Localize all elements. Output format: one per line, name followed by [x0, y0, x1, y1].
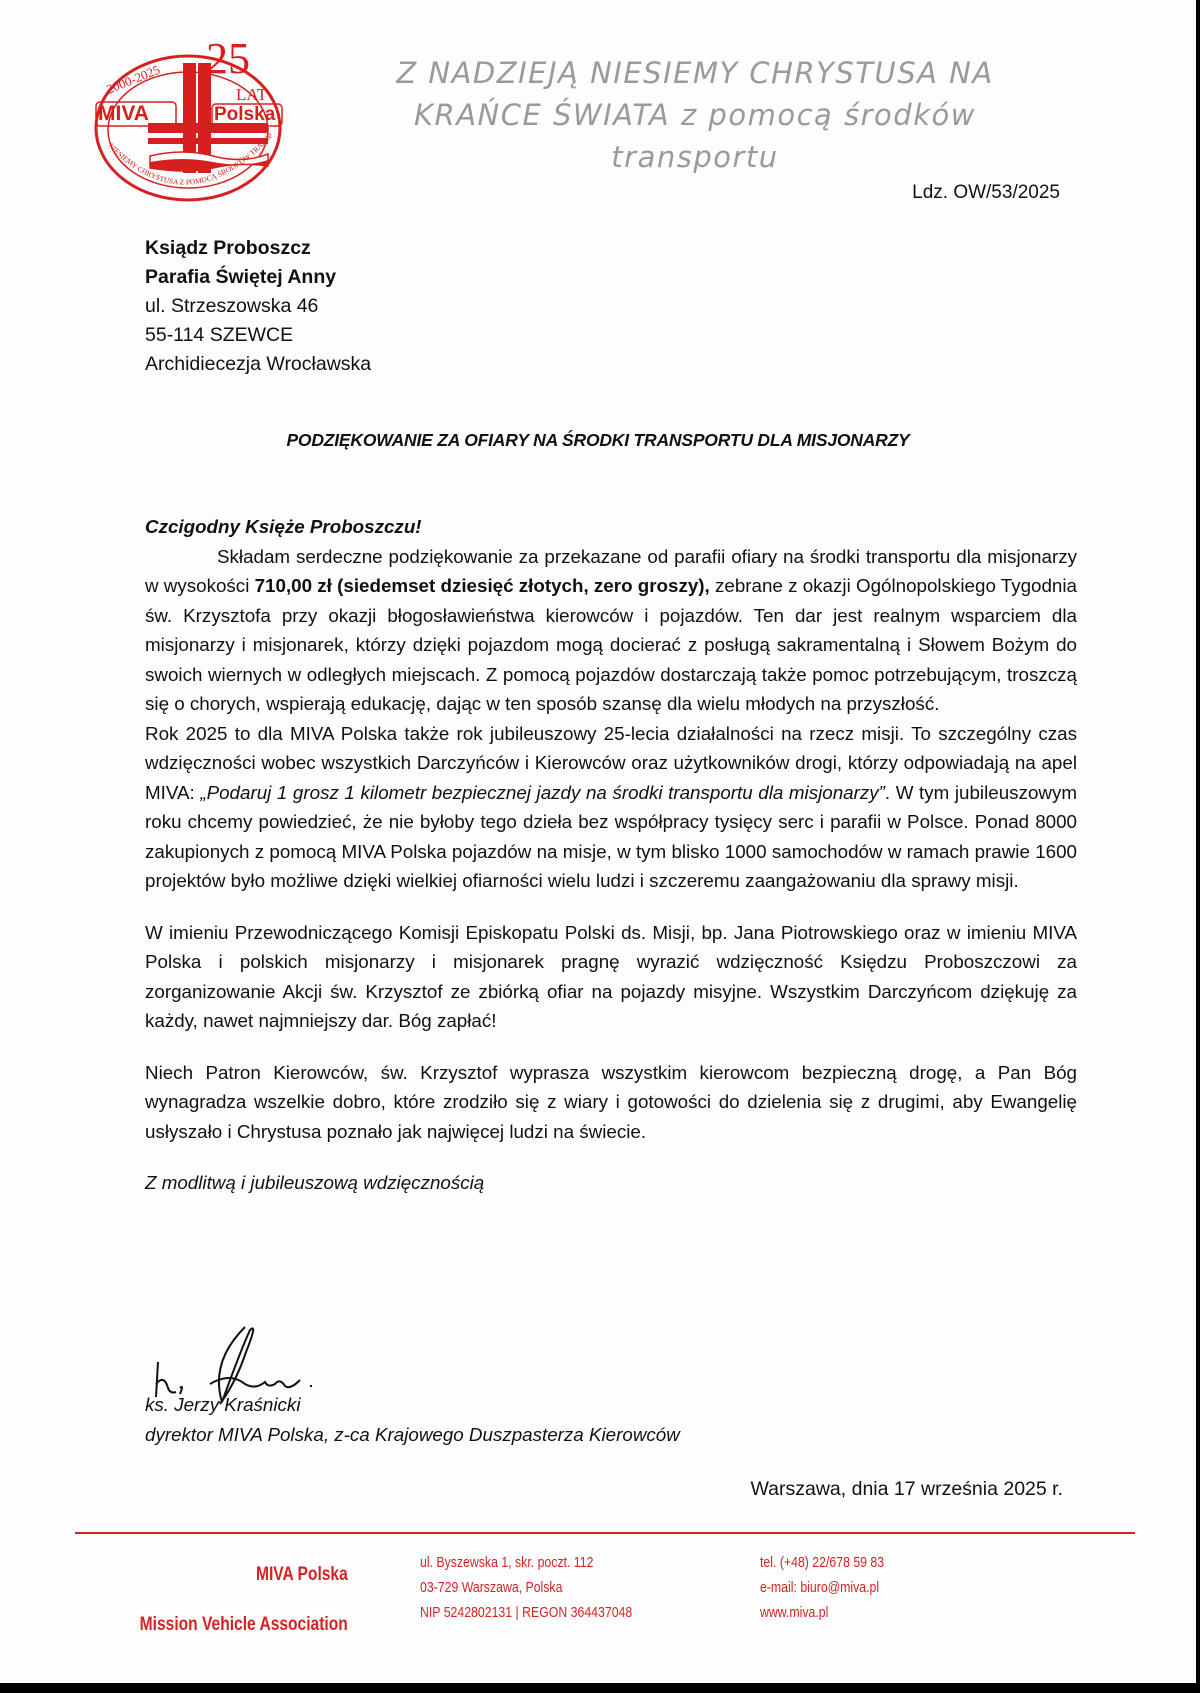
svg-text:2000-2025: 2000-2025: [104, 62, 162, 97]
svg-text:Polska: Polska: [214, 104, 276, 125]
donation-amount: 710,00 zł (siedemset dziesięć złotych, z…: [255, 575, 710, 596]
footer-registration-ids: NIP 5242802131 | REGON 364437048: [420, 1600, 632, 1625]
paragraph-4: Niech Patron Kierowców, św. Krzysztof wy…: [145, 1058, 1077, 1147]
svg-text:LAT: LAT: [236, 85, 268, 104]
place-and-date: Warszawa, dnia 17 września 2025 r.: [750, 1478, 1063, 1501]
footer-address: ul. Byszewska 1, skr. poczt. 112 03-729 …: [420, 1550, 632, 1625]
footer-address-line-1: ul. Byszewska 1, skr. poczt. 112: [420, 1550, 632, 1575]
footer-contact: tel. (+48) 22/678 59 83 e-mail: biuro@mi…: [760, 1550, 884, 1625]
recipient-title: Ksiądz Proboszcz: [145, 234, 371, 263]
recipient-diocese: Archidiecezja Wrocławska: [145, 350, 371, 379]
footer-website[interactable]: www.miva.pl: [760, 1600, 884, 1625]
footer-org-full-name: Mission Vehicle Association: [140, 1600, 348, 1650]
letter-title: PODZIĘKOWANIE ZA OFIARY NA ŚRODKI TRANSP…: [0, 430, 1196, 451]
recipient-parish: Parafia Świętej Anny: [145, 263, 371, 292]
salutation: Czcigodny Księże Proboszczu!: [145, 512, 1077, 542]
paragraph-1: Składam serdeczne podziękowanie za przek…: [145, 542, 1077, 719]
paragraph-2: Rok 2025 to dla MIVA Polska także rok ju…: [145, 719, 1077, 896]
signer-block: ks. Jerzy Kraśnicki dyrektor MIVA Polska…: [145, 1390, 680, 1450]
motto: Z NADZIEJĄ NIESIEMY CHRYSTUSA NA KRAŃCE …: [335, 52, 1055, 178]
footer-divider: [75, 1532, 1135, 1534]
appeal-quote: „Podaruj 1 grosz 1 kilometr bezpiecznej …: [200, 782, 885, 803]
signer-role: dyrektor MIVA Polska, z-ca Krajowego Dus…: [145, 1420, 680, 1450]
recipient-street: ul. Strzeszowska 46: [145, 292, 371, 321]
svg-text:MIVA: MIVA: [98, 102, 149, 125]
svg-text:25: 25: [206, 34, 250, 83]
footer-org: MIVA Polska Mission Vehicle Association: [140, 1550, 348, 1650]
miva-jubilee-logo: 2000-2025 25 LAT MIVA Polska NIESIEMY CH…: [88, 28, 298, 213]
footer-org-name: MIVA Polska: [140, 1550, 348, 1600]
footer-phone: tel. (+48) 22/678 59 83: [760, 1550, 884, 1575]
paragraph-3: W imieniu Przewodniczącego Komisji Episk…: [145, 918, 1077, 1036]
reference-number: Ldz. OW/53/2025: [912, 182, 1060, 204]
recipient-address: Ksiądz Proboszcz Parafia Świętej Anny ul…: [145, 234, 371, 379]
motto-line-1: Z NADZIEJĄ NIESIEMY CHRYSTUSA NA: [335, 52, 1055, 94]
footer-email[interactable]: e-mail: biuro@miva.pl: [760, 1575, 884, 1600]
signer-name: ks. Jerzy Kraśnicki: [145, 1390, 680, 1420]
closing-phrase: Z modlitwą i jubileuszową wdzięcznością: [145, 1168, 1077, 1198]
footer-address-line-2: 03-729 Warszawa, Polska: [420, 1575, 632, 1600]
motto-line-2: KRAŃCE ŚWIATA z pomocą środków transport…: [335, 94, 1055, 178]
letter-body: Czcigodny Księże Proboszczu! Składam ser…: [145, 512, 1077, 1198]
recipient-city: 55-114 SZEWCE: [145, 321, 371, 350]
letter-page: 2000-2025 25 LAT MIVA Polska NIESIEMY CH…: [0, 0, 1196, 1683]
